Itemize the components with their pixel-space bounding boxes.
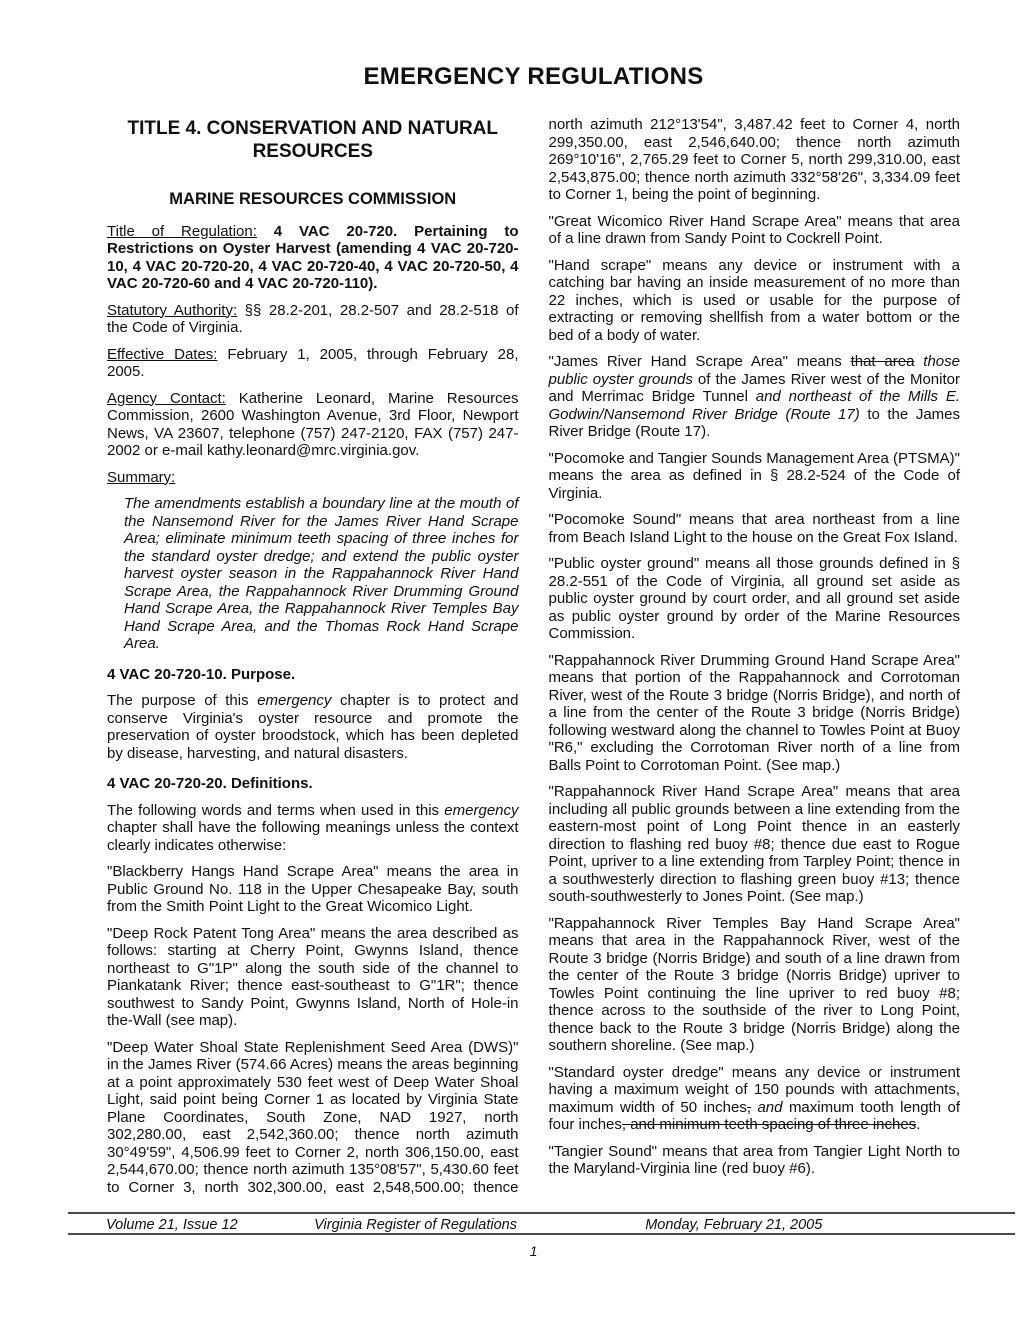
text-run (257, 223, 274, 240)
paragraph: Effective Dates: February 1, 2005, throu… (107, 346, 519, 381)
text-run: "Blackberry Hangs Hand Scrape Area" mean… (107, 863, 519, 915)
text-run: "Deep Water Shoal State Replenishment Se… (107, 1039, 519, 1196)
paragraph: "Rappahannock River Hand Scrape Area" me… (549, 783, 961, 906)
right-column: north azimuth 212°13'54", 3,487.42 feet … (549, 116, 961, 1205)
paragraph: "Deep Water Shoal State Replenishment Se… (107, 1039, 519, 1197)
text-run: north azimuth 212°13'54", 3,487.42 feet … (549, 116, 961, 203)
summary-paragraph: The amendments establish a boundary line… (124, 495, 519, 653)
two-column-body: TITLE 4. CONSERVATION AND NATURAL RESOUR… (107, 116, 960, 1205)
text-run: and (757, 1099, 782, 1116)
section-heading: 4 VAC 20-720-10. Purpose. (107, 666, 519, 684)
paragraph: Summary: (107, 469, 519, 487)
footer-date: Monday, February 21, 2005 (645, 1217, 822, 1233)
text-run: The amendments establish a boundary line… (124, 495, 519, 652)
paragraph: "Great Wicomico River Hand Scrape Area" … (549, 213, 961, 248)
paragraph: "Pocomoke and Tangier Sounds Management … (549, 450, 961, 503)
text-run: chapter shall have the following meaning… (107, 819, 519, 854)
text-run: Title of Regulation: (107, 223, 257, 240)
text-run: "Rappahannock River Temples Bay Hand Scr… (549, 915, 961, 1055)
text-run: "James River Hand Scrape Area" means (549, 353, 851, 370)
paragraph: "Public oyster ground" means all those g… (549, 555, 961, 643)
paragraph: "Hand scrape" means any device or instru… (549, 257, 961, 345)
paragraph: Agency Contact: Katherine Leonard, Marin… (107, 390, 519, 460)
paragraph: "Rappahannock River Drumming Ground Hand… (549, 652, 961, 775)
paragraph: "Rappahannock River Temples Bay Hand Scr… (549, 915, 961, 1055)
text-run: Agency Contact: (107, 390, 226, 407)
text-run: "Deep Rock Patent Tong Area" means the a… (107, 925, 519, 1030)
paragraph: north azimuth 212°13'54", 3,487.42 feet … (549, 116, 961, 204)
text-run: "Public oyster ground" means all those g… (549, 555, 961, 642)
page-number: 1 (107, 1243, 960, 1259)
text-run: emergency (257, 692, 331, 709)
text-run: Effective Dates: (107, 346, 217, 363)
text-run: Statutory Authority: (107, 302, 237, 319)
paragraph: "Pocomoke Sound" means that area northea… (549, 511, 961, 546)
text-run: "Pocomoke Sound" means that area northea… (549, 511, 961, 546)
text-run: "Rappahannock River Drumming Ground Hand… (549, 652, 961, 774)
page-title: EMERGENCY REGULATIONS (107, 0, 960, 92)
text-run: "Pocomoke and Tangier Sounds Management … (549, 450, 961, 502)
paragraph: "Deep Rock Patent Tong Area" means the a… (107, 925, 519, 1030)
right-column-blocks: north azimuth 212°13'54", 3,487.42 feet … (549, 116, 961, 1178)
paragraph: "Blackberry Hangs Hand Scrape Area" mean… (107, 863, 519, 916)
text-run: 4 VAC 20-720-10. Purpose. (107, 666, 295, 683)
text-run: that area (851, 353, 915, 370)
text-run: , and minimum teeth spacing of three inc… (622, 1116, 916, 1133)
text-run: The following words and terms when used … (107, 802, 444, 819)
left-column-blocks: Title of Regulation: 4 VAC 20-720. Perta… (107, 223, 519, 1197)
paragraph: The purpose of this emergency chapter is… (107, 692, 519, 762)
text-run: emergency (444, 802, 518, 819)
paragraph: "James River Hand Scrape Area" means tha… (549, 353, 961, 441)
paragraph: The following words and terms when used … (107, 802, 519, 855)
text-run: 4 VAC 20-720-20. Definitions. (107, 775, 313, 792)
text-run: "Great Wicomico River Hand Scrape Area" … (549, 213, 961, 248)
section-heading: 4 VAC 20-720-20. Definitions. (107, 775, 519, 793)
document-page: EMERGENCY REGULATIONS TITLE 4. CONSERVAT… (0, 0, 1020, 1320)
footer-publication-name: Virginia Register of Regulations (314, 1217, 517, 1233)
text-run (914, 353, 923, 370)
text-run: "Rappahannock River Hand Scrape Area" me… (549, 783, 961, 905)
title-heading: TITLE 4. CONSERVATION AND NATURAL RESOUR… (107, 117, 519, 163)
text-run: "Hand scrape" means any device or instru… (549, 257, 961, 344)
paragraph: Title of Regulation: 4 VAC 20-720. Perta… (107, 223, 519, 293)
text-run: The purpose of this (107, 692, 257, 709)
paragraph: "Tangier Sound" means that area from Tan… (549, 1143, 961, 1178)
paragraph: Statutory Authority: §§ 28.2-201, 28.2-5… (107, 302, 519, 337)
paragraph: "Standard oyster dredge" means any devic… (549, 1064, 961, 1134)
left-column: TITLE 4. CONSERVATION AND NATURAL RESOUR… (107, 116, 519, 1205)
agency-heading: MARINE RESOURCES COMMISSION (107, 191, 519, 209)
text-run: "Tangier Sound" means that area from Tan… (549, 1143, 961, 1178)
footer-volume-issue: Volume 21, Issue 12 (106, 1217, 238, 1233)
text-run: Summary: (107, 469, 175, 486)
page-footer: Volume 21, Issue 12 Virginia Register of… (68, 1212, 1015, 1235)
text-run: . (916, 1116, 920, 1133)
